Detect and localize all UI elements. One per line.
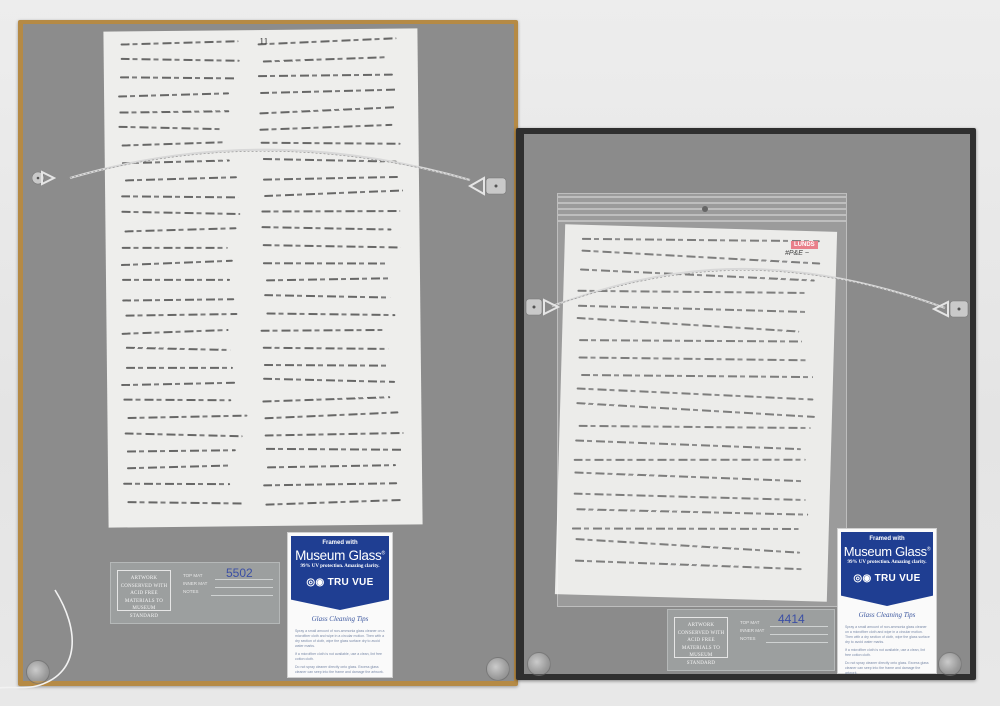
field-rule — [766, 642, 828, 643]
tip-item: Do not spray cleaner directly onto glass… — [845, 661, 930, 676]
framed-with-text: Framed with — [841, 536, 933, 542]
handwritten-inventory-number: 4414 — [778, 612, 805, 626]
tru-vue-logo: ◎◉ TRU VUE — [291, 577, 389, 588]
conservation-label: ARTWORK CONSERVED WITH ACID FREE MATERIA… — [110, 562, 280, 624]
tip-item: Spray a small amount of non-ammonia glas… — [295, 629, 386, 649]
tip-item: Spray a small amount of non-ammonia glas… — [845, 625, 930, 645]
d-ring-hanger-icon — [468, 174, 508, 198]
tru-vue-eye-icon: ◎◉ — [306, 577, 327, 588]
uv-protection-text: 99% UV protection. Amazing clarity. — [291, 564, 389, 569]
museum-glass-label: Framed with Museum Glass® 99% UV protect… — [287, 532, 393, 678]
handwritten-price-note: #P&E ~ — [785, 250, 809, 257]
field-rule — [770, 634, 828, 635]
museum-glass-title: Museum Glass® — [841, 544, 933, 559]
cleaning-tips-heading: Glass Cleaning Tips — [838, 611, 936, 619]
framed-with-text: Framed with — [291, 540, 389, 546]
wall-bumper — [527, 652, 551, 676]
tru-vue-logo: ◎◉ TRU VUE — [841, 573, 933, 584]
inner-mat-label: INNER MAT — [740, 627, 764, 635]
field-rule — [770, 626, 828, 627]
lunds-sticker: LUNDS — [791, 241, 818, 249]
tip-item: Do not spray cleaner directly onto glass… — [295, 665, 386, 675]
d-ring-hanger-icon — [32, 168, 56, 188]
museum-glass-banner: Framed with Museum Glass® 99% UV protect… — [291, 536, 389, 610]
conservation-statement: ARTWORK CONSERVED WITH ACID FREE MATERIA… — [674, 617, 728, 658]
mat-fields: TOP MAT INNER MAT NOTES — [740, 619, 764, 643]
uv-protection-text: 99% UV protection. Amazing clarity. — [841, 560, 933, 565]
left-manuscript-page: 11 — [103, 28, 422, 527]
notes-label: NOTES — [183, 588, 207, 596]
cleaning-tips-list: Spray a small amount of non-ammonia glas… — [295, 629, 386, 678]
mat-fields: TOP MAT INNER MAT NOTES — [183, 572, 207, 596]
d-ring-hanger-icon — [932, 298, 972, 320]
handwritten-inventory-number: 5502 — [226, 566, 253, 580]
notes-label: NOTES — [740, 635, 764, 643]
top-mat-label: TOP MAT — [740, 619, 764, 627]
museum-glass-label: Framed with Museum Glass® 99% UV protect… — [837, 528, 937, 674]
wall-bumper — [486, 657, 510, 681]
tip-item: If a microfiber cloth is not available, … — [845, 648, 930, 658]
inner-mat-label: INNER MAT — [183, 580, 207, 588]
conservation-label: ARTWORK CONSERVED WITH ACID FREE MATERIA… — [667, 609, 835, 671]
manuscript-text-lines — [118, 39, 409, 518]
wall-bumper — [26, 660, 50, 684]
conservation-statement: ARTWORK CONSERVED WITH ACID FREE MATERIA… — [117, 570, 171, 611]
top-mat-label: TOP MAT — [183, 572, 207, 580]
cleaning-tips-heading: Glass Cleaning Tips — [288, 615, 392, 623]
wall-bumper — [938, 652, 962, 676]
cleaning-tips-list: Spray a small amount of non-ammonia glas… — [845, 625, 930, 679]
field-rule — [215, 587, 273, 588]
zip-seal — [558, 196, 846, 222]
field-rule — [211, 595, 273, 596]
tip-item: If a microfiber cloth is not available, … — [295, 652, 386, 662]
hang-hole — [702, 206, 708, 212]
museum-glass-banner: Framed with Museum Glass® 99% UV protect… — [841, 532, 933, 606]
tru-vue-eye-icon: ◎◉ — [853, 573, 874, 584]
d-ring-hanger-icon — [525, 296, 561, 318]
museum-glass-title: Museum Glass® — [291, 548, 389, 563]
